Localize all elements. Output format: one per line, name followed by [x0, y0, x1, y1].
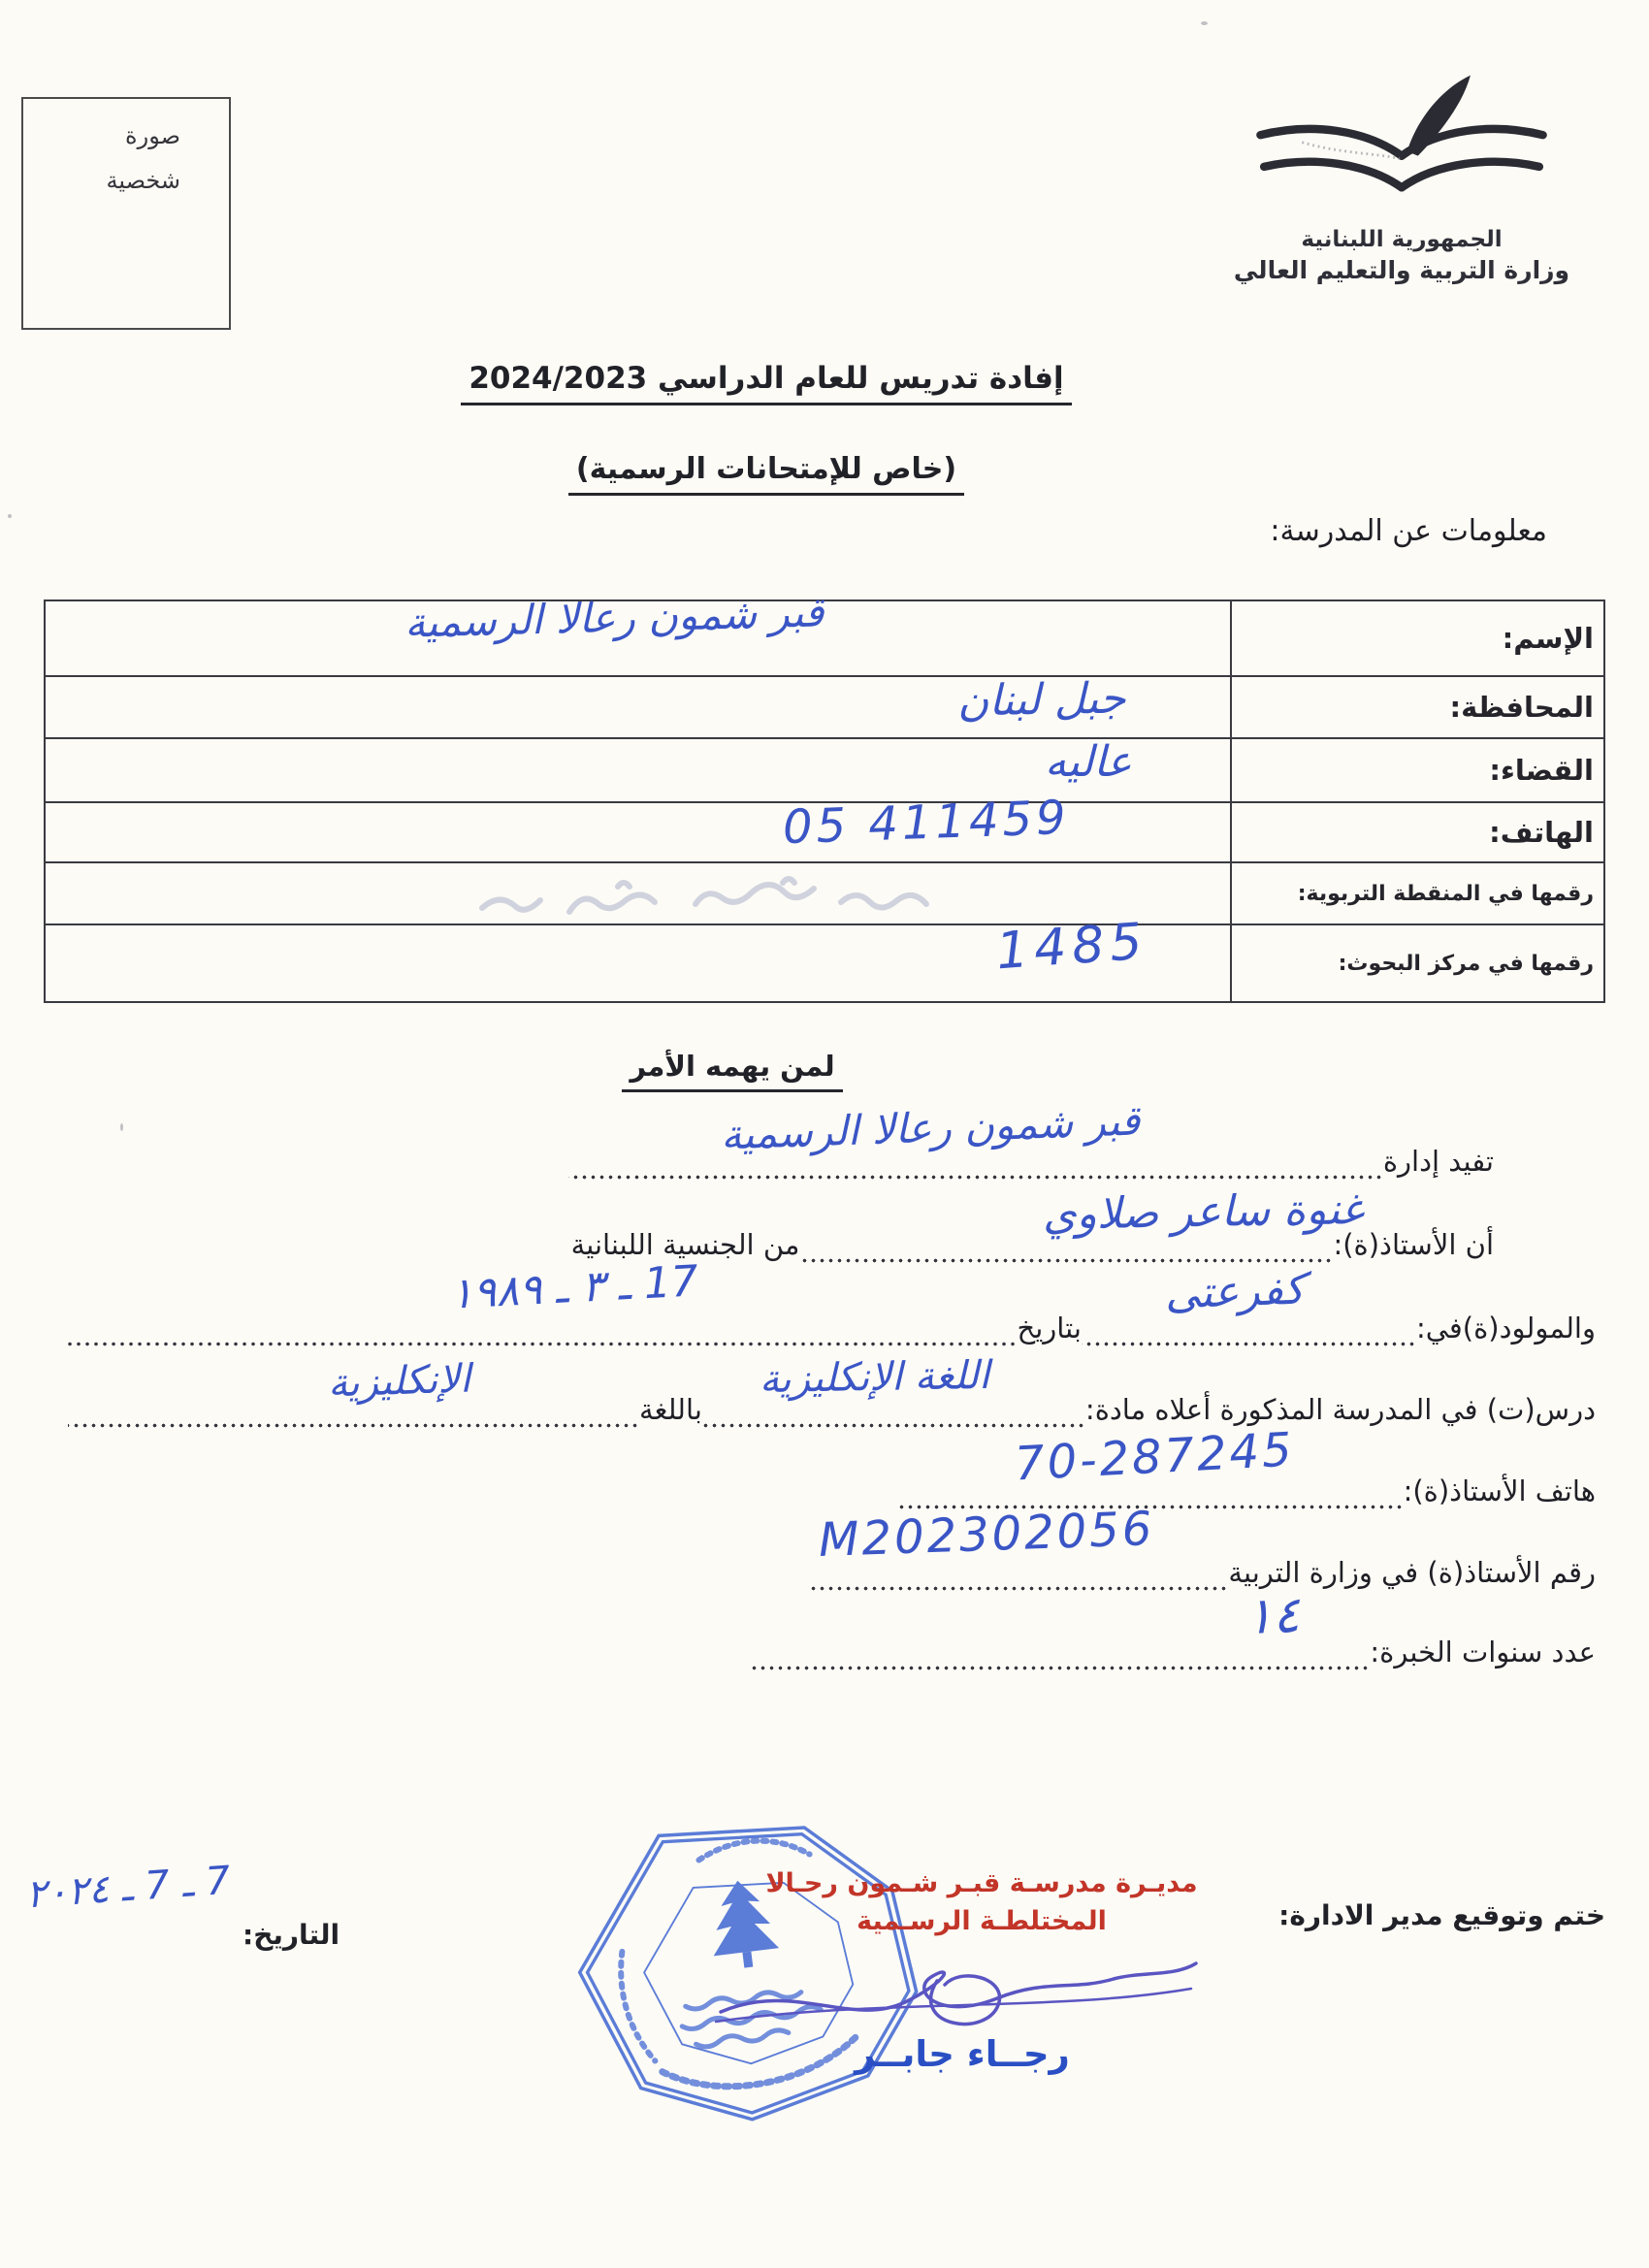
- red-stamp-line2: المختلطـة الرسـمية: [745, 1908, 1218, 1934]
- handwritten-experience-years: ١٤: [1245, 1590, 1301, 1642]
- handwritten-teacher-phone: 70-287245: [1014, 1426, 1296, 1487]
- handwritten-birthdate: 17 ـ ٣ ـ ١٩٨٩: [449, 1260, 699, 1315]
- faint-pencil-scribble: [463, 869, 1006, 925]
- handwritten-subject: اللغة الإنكليزية: [760, 1356, 990, 1399]
- table-label-phone: الهاتف:: [1230, 803, 1603, 863]
- scan-speck: [120, 1123, 123, 1131]
- table-label-educational-district-number: رقمها في المنقطة التربوية:: [1230, 863, 1603, 925]
- line4-label: درس(ت) في المدرسة المذكورة أعلاه مادة:: [1085, 1393, 1596, 1428]
- letter-line-teacher-name: أن الأستاذ(ة): من الجنسية اللبنانية غنوة…: [68, 1216, 1596, 1263]
- quill-swoosh-icon: [1407, 76, 1471, 156]
- line4-mid-label: باللغة: [639, 1393, 702, 1428]
- handwritten-governorate: جبل لبنان: [957, 677, 1126, 723]
- handwritten-birthplace: كفرعتى: [1165, 1269, 1306, 1316]
- handwritten-school-phone: 05 411459: [782, 794, 1070, 851]
- line3-mid-label: بتاريخ: [1018, 1312, 1082, 1346]
- letter-line-administration: تفيد إدارة قبر شمون رعالا الرسمية: [68, 1133, 1596, 1180]
- photo-box-label-line1: صورة: [23, 114, 180, 159]
- ministry-name: وزارة التربية والتعليم العالي: [1188, 256, 1615, 284]
- director-printed-name: رجــاء جابــر: [826, 2033, 1098, 2075]
- scan-speck: [8, 514, 12, 518]
- line7-label: عدد سنوات الخبرة:: [1370, 1636, 1596, 1670]
- table-label-district: القضاء:: [1230, 739, 1603, 803]
- scan-speck: [1201, 21, 1208, 25]
- handwritten-research-center-number: 1485: [994, 917, 1149, 978]
- document-title-row: إفادة تدريس للعام الدراسي 2024/2023: [407, 361, 1125, 405]
- republic-name: الجمهورية اللبنانية: [1188, 227, 1615, 252]
- document-title: إفادة تدريس للعام الدراسي 2024/2023: [461, 361, 1071, 405]
- line5-label: هاتف الأستاذ(ة):: [1404, 1474, 1596, 1509]
- table-value-governorate: جبل لبنان: [46, 677, 1230, 739]
- letter-line-ministry-number: رقم الأستاذ(ة) في وزارة التربية M2023020…: [68, 1544, 1596, 1591]
- stamp-signature-label: ختم وتوقيع مدير الادارة:: [1278, 1899, 1605, 1931]
- letter-line-experience: عدد سنوات الخبرة: ١٤: [68, 1624, 1596, 1670]
- handwritten-date: 7 ـ 7 ـ ٢٠٢٤: [11, 1861, 245, 1916]
- ministry-header: الجمهورية اللبنانية وزارة التربية والتعل…: [1188, 70, 1615, 284]
- red-director-stamp-text: مديـرة مدرسـة قبـر شـمون رحـالا المختلطـ…: [745, 1870, 1218, 1934]
- table-label-governorate: المحافظة:: [1230, 677, 1603, 739]
- letter-line-birth: والمولود(ة)في: بتاريخ كفرعتى 17 ـ ٣ ـ ١٩…: [68, 1300, 1596, 1346]
- handwritten-language: الإنكليزية: [327, 1359, 470, 1403]
- dotted-leader: [568, 1145, 1383, 1180]
- handwritten-district: عاليه: [1045, 741, 1132, 784]
- letter-line-teacher-phone: هاتف الأستاذ(ة): 70-287245: [68, 1463, 1596, 1509]
- handwritten-school-name: قبر شمون رعالا الرسمية: [404, 592, 824, 643]
- school-info-heading: معلومات عن المدرسة:: [1270, 514, 1547, 548]
- letter-line-subject: درس(ت) في المدرسة المذكورة أعلاه مادة: ب…: [68, 1381, 1596, 1428]
- table-value-research-center-number: 1485: [46, 925, 1230, 1001]
- to-whom-it-may-concern: لمن يهمه الأمر: [622, 1050, 842, 1092]
- personal-photo-box: صورة شخصية: [21, 97, 231, 330]
- date-label: التاريخ:: [242, 1919, 339, 1951]
- document-subtitle-row: (خاص للإمتحانات الرسمية): [407, 452, 1125, 496]
- open-book-logo-icon: [1242, 70, 1562, 233]
- dotted-leader: [68, 1312, 1018, 1346]
- line3-label: والمولود(ة)في:: [1416, 1312, 1596, 1346]
- table-value-name: قبر شمون رعالا الرسمية: [46, 601, 1230, 677]
- photo-box-label-line2: شخصية: [23, 159, 180, 204]
- scanned-teaching-certificate: صورة شخصية الجمهورية اللبنانية وزارة الت…: [0, 0, 1649, 2268]
- document-subtitle: (خاص للإمتحانات الرسمية): [568, 452, 964, 496]
- dotted-leader: [1082, 1312, 1416, 1346]
- table-value-educational-district-number: [46, 863, 1230, 925]
- red-stamp-line1: مديـرة مدرسـة قبـر شـمون رحـالا: [745, 1870, 1218, 1896]
- table-value-phone: 05 411459: [46, 803, 1230, 863]
- line1-label: تفيد إدارة: [1383, 1145, 1494, 1180]
- table-label-name: الإسم:: [1230, 601, 1603, 677]
- director-signature: [706, 1952, 1206, 2044]
- handwritten-ministry-number: M202302056: [818, 1506, 1155, 1564]
- table-label-research-center-number: رقمها في مركز البحوث:: [1230, 925, 1603, 1001]
- letter-heading-row: لمن يهمه الأمر: [548, 1050, 917, 1092]
- handwritten-teacher-name: غنوة ساعر صلاوي: [1042, 1188, 1363, 1237]
- school-info-table: الإسم: قبر شمون رعالا الرسمية المحافظة: …: [44, 599, 1605, 1003]
